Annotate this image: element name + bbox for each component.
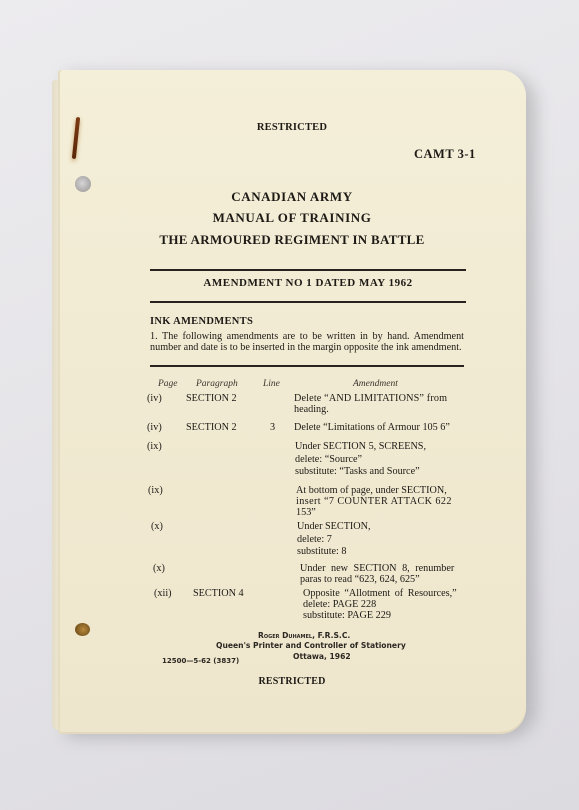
divider-rule bbox=[150, 301, 466, 303]
cell-page: (iv) bbox=[147, 393, 162, 404]
cell-amendment: Under SECTION, delete: 7 substitute: 8 bbox=[297, 521, 371, 559]
cell-page: (xii) bbox=[154, 588, 172, 599]
cell-amendment: Under SECTION 5, SCREENS, delete: “Sourc… bbox=[295, 441, 426, 479]
column-header-amendment: Amendment bbox=[353, 379, 398, 389]
cell-page: (ix) bbox=[148, 485, 163, 496]
cell-paragraph: SECTION 2 bbox=[186, 422, 237, 433]
divider-rule bbox=[150, 365, 464, 367]
document-reference: CAMT 3-1 bbox=[414, 147, 476, 162]
cell-line: 3 bbox=[270, 422, 275, 433]
cell-page: (ix) bbox=[147, 441, 162, 452]
cell-page: (iv) bbox=[147, 422, 162, 433]
divider-rule bbox=[150, 269, 466, 271]
column-header-paragraph: Paragraph bbox=[196, 379, 238, 389]
title-line-3: THE ARMOURED REGIMENT IN BATTLE bbox=[58, 232, 526, 248]
imprint-name: Roger Duhamel, F.R.S.C. bbox=[258, 631, 350, 640]
amendment-heading: AMENDMENT NO 1 DATED MAY 1962 bbox=[150, 277, 466, 289]
column-header-page: Page bbox=[158, 379, 178, 389]
title-line-2: MANUAL OF TRAINING bbox=[58, 210, 526, 226]
cell-amendment: At bottom of page, under SECTION, insert… bbox=[296, 485, 452, 518]
cell-page: (x) bbox=[153, 563, 165, 574]
section-heading: INK AMENDMENTS bbox=[150, 316, 253, 327]
punch-hole-bottom bbox=[75, 623, 90, 636]
intro-paragraph: 1. The following amendments are to be wr… bbox=[150, 331, 464, 353]
print-code: 12500—5-62 (3837) bbox=[162, 657, 239, 665]
imprint-place-date: Ottawa, 1962 bbox=[293, 652, 351, 661]
cell-page: (x) bbox=[151, 521, 163, 532]
cell-paragraph: SECTION 4 bbox=[193, 588, 244, 599]
title-line-1: CANADIAN ARMY bbox=[58, 189, 526, 205]
column-header-line: Line bbox=[263, 379, 280, 389]
classification-top: RESTRICTED bbox=[58, 122, 526, 133]
cell-amendment: Opposite “Allotment of Resources,” delet… bbox=[303, 588, 457, 621]
cell-amendment: Delete “AND LIMITATIONS” from heading. bbox=[294, 393, 447, 415]
imprint-office: Queen's Printer and Controller of Statio… bbox=[216, 641, 406, 650]
cell-amendment: Under new SECTION 8, renumber paras to r… bbox=[300, 563, 454, 585]
cell-amendment: Delete “Limitations of Armour 105 6” bbox=[294, 422, 450, 433]
cell-paragraph: SECTION 2 bbox=[186, 393, 237, 404]
classification-bottom: RESTRICTED bbox=[58, 676, 526, 687]
